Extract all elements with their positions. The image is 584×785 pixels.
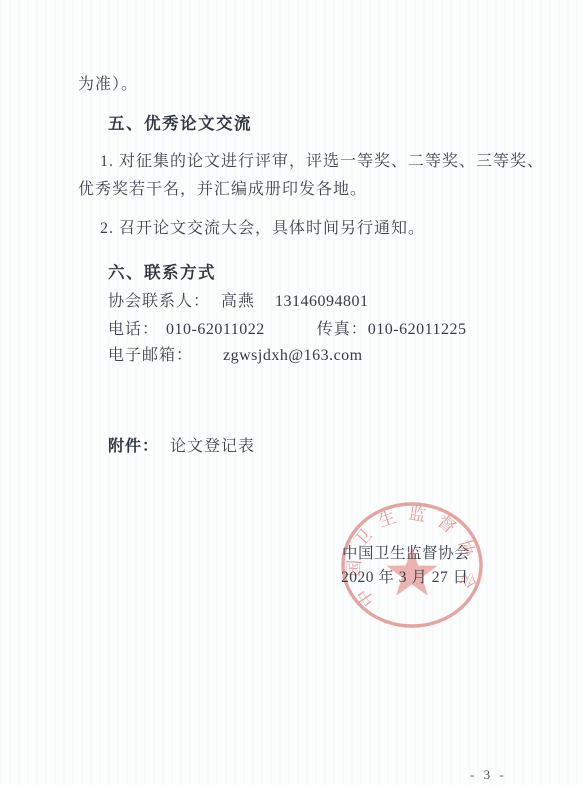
phone-number: 010-62011022 — [166, 321, 265, 338]
email-label: 电子邮箱： — [108, 347, 193, 364]
contact-person-line: 协会联系人：高燕13146094801 — [108, 288, 369, 311]
section5-paragraph1-line2: 优秀奖若干名，并汇编成册印发各地。 — [78, 176, 367, 199]
contact-person-label: 协会联系人： — [108, 293, 210, 310]
section6-heading: 六、联系方式 — [108, 259, 216, 283]
contact-person-phone: 13146094801 — [275, 293, 369, 310]
signature-date: 2020 年 3 月 27 日 — [341, 565, 469, 587]
fax-label: 传真： — [317, 321, 368, 338]
attachment-value: 论文登记表 — [170, 438, 255, 455]
fax-number: 010-62011225 — [368, 321, 467, 338]
section5-paragraph1-line1: 1. 对征集的论文进行评审，评选一等奖、二等奖、三等奖、 — [100, 148, 544, 171]
section5-heading: 五、优秀论文交流 — [108, 110, 252, 134]
attachment-line: 附件：论文登记表 — [108, 433, 255, 456]
section5-paragraph2: 2. 召开论文交流大会，具体时间另行通知。 — [100, 215, 425, 238]
attachment-label: 附件： — [108, 438, 159, 455]
paragraph-continuation-line: 为准）。 — [78, 71, 138, 94]
phone-label: 电话： — [108, 321, 159, 338]
email-address: zgwsjdxh@163.com — [223, 347, 363, 364]
page-number: - 3 - — [470, 767, 507, 783]
email-line: 电子邮箱：zgwsjdxh@163.com — [108, 342, 363, 365]
contact-person-name: 高燕 — [221, 293, 255, 310]
phone-fax-line: 电话：010-62011022传真：010-62011225 — [108, 316, 467, 339]
signature-organization: 中国卫生监督协会 — [342, 541, 470, 563]
document-page: 为准）。 五、优秀论文交流 1. 对征集的论文进行评审，评选一等奖、二等奖、三等… — [0, 0, 584, 785]
